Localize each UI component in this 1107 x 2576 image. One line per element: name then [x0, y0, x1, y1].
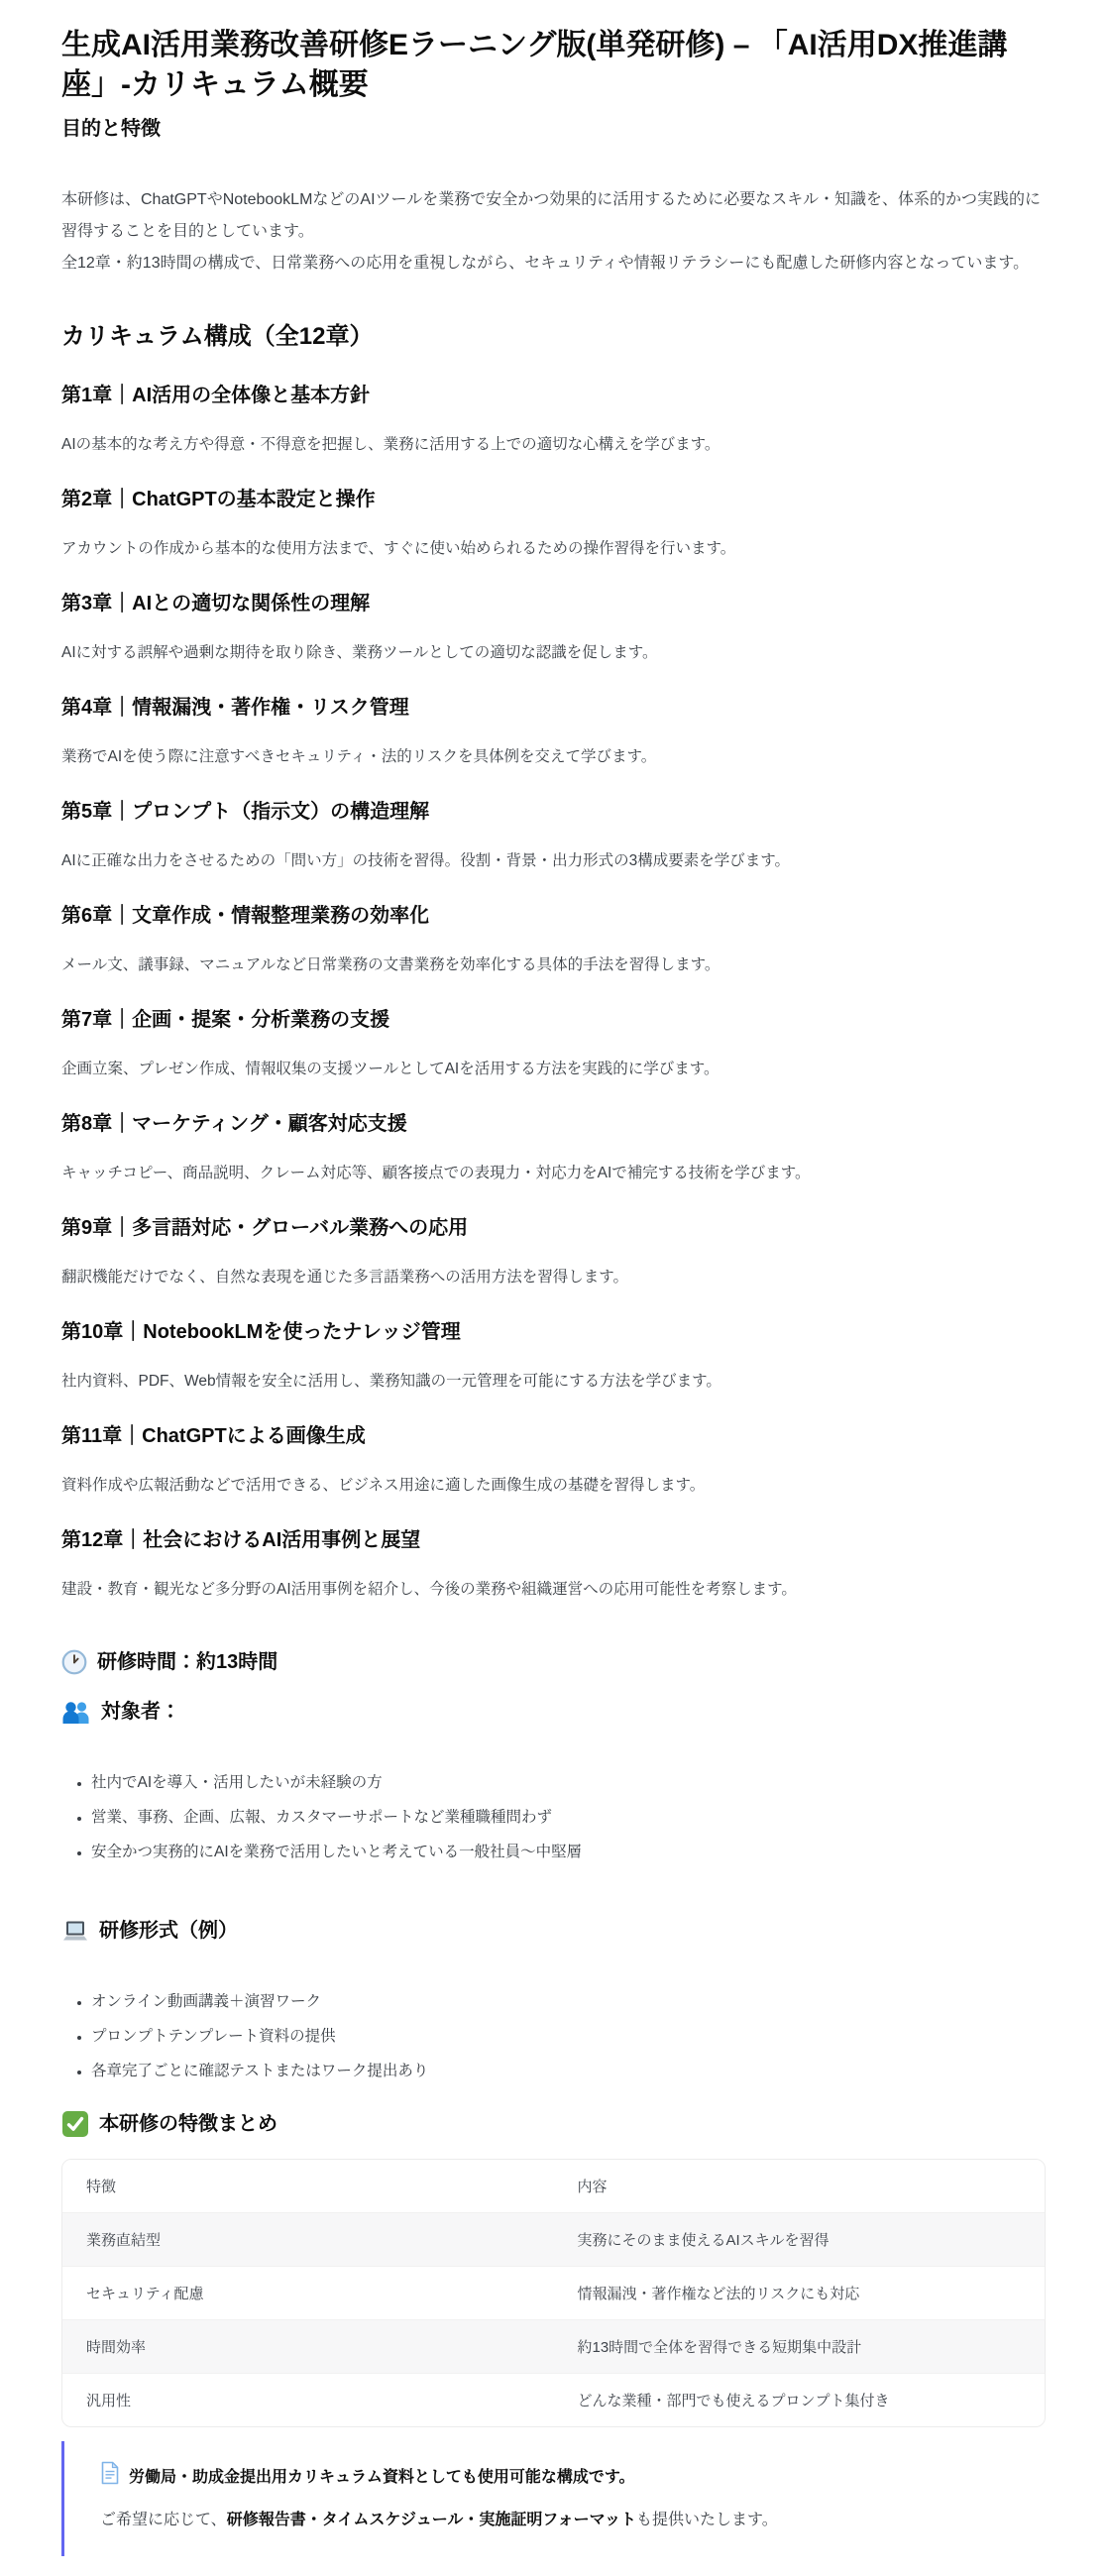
note-line-1-text: 労働局・助成金提出用カリキュラム資料としても使用可能な構成です。 [129, 2464, 635, 2492]
note-line-2-prefix: ご希望に応じて、 [100, 2512, 227, 2528]
curriculum-heading: カリキュラム構成（全12章） [61, 321, 1046, 353]
document-page: 生成AI活用業務改善研修Eラーニング版(単発研修) – 「AI活用DX推進講座」… [0, 0, 1107, 2576]
chapter-5-description: AIに正確な出力をさせるための「問い方」の技術を習得。役割・背景・出力形式の3構… [61, 848, 1046, 873]
note-line-2: ご希望に応じて、研修報告書・タイムスケジュール・実施証明フォーマットも提供いたし… [100, 2507, 1046, 2534]
chapter-1: 第1章｜AI活用の全体像と基本方針 AIの基本的な考え方や得意・不得意を把握し、… [61, 383, 1046, 457]
format-item: 各章完了ごとに確認テストまたはワーク提出あり [91, 2059, 1046, 2083]
format-heading-text: 研修形式（例） [99, 1916, 238, 1946]
table-row: 汎用性 どんな業種・部門でも使えるプロンプト集付き [62, 2374, 1045, 2427]
chapter-9-title: 第9章｜多言語対応・グローバル業務への応用 [61, 1215, 1046, 1241]
chapter-12-description: 建設・教育・観光など多分野のAI活用事例を紹介し、今後の業務や組織運営への応用可… [61, 1577, 1046, 1602]
features-table-header-content: 内容 [554, 2160, 1046, 2213]
features-table: 特徴 内容 業務直結型 実務にそのまま使えるAIスキルを習得 セキュリティ配慮 … [62, 2160, 1045, 2426]
chapter-3: 第3章｜AIとの適切な関係性の理解 AIに対する誤解や過剰な期待を取り除き、業務… [61, 591, 1046, 665]
intro-paragraph-2: 全12章・約13時間の構成で、日常業務への応用を重視しながら、セキュリティや情報… [61, 248, 1046, 280]
format-list: オンライン動画講義＋演習ワーク プロンプトテンプレート資料の提供 各章完了ごとに… [61, 1989, 1046, 2083]
duration-text: 研修時間：約13時間 [97, 1647, 277, 1677]
intro-heading: 目的と特徴 [61, 115, 1046, 143]
table-cell-feature: 汎用性 [62, 2374, 554, 2427]
intro-paragraph-1: 本研修は、ChatGPTやNotebookLMなどのAIツールを業務で安全かつ効… [61, 184, 1046, 248]
format-item: プロンプトテンプレート資料の提供 [91, 2024, 1046, 2049]
chapter-3-title: 第3章｜AIとの適切な関係性の理解 [61, 591, 1046, 616]
table-row: セキュリティ配慮 情報漏洩・著作権など法的リスクにも対応 [62, 2267, 1045, 2320]
audience-heading: 対象者： [61, 1697, 1046, 1727]
chapter-12: 第12章｜社会におけるAI活用事例と展望 建設・教育・観光など多分野のAI活用事… [61, 1527, 1046, 1602]
format-heading: 研修形式（例） [61, 1916, 1046, 1946]
audience-list: 社内でAIを導入・活用したいが未経験の方 営業、事務、企画、広報、カスタマーサポ… [61, 1770, 1046, 1864]
table-row: 時間効率 約13時間で全体を習得できる短期集中設計 [62, 2320, 1045, 2374]
summary-heading: 本研修の特徴まとめ [61, 2109, 1046, 2139]
chapter-10-description: 社内資料、PDF、Web情報を安全に活用し、業務知識の一元管理を可能にする方法を… [61, 1369, 1046, 1394]
chapter-9-description: 翻訳機能だけでなく、自然な表現を通じた多言語業務への活用方法を習得します。 [61, 1265, 1046, 1289]
chapter-7-description: 企画立案、プレゼン作成、情報収集の支援ツールとしてAIを活用する方法を実践的に学… [61, 1057, 1046, 1081]
audience-item: 営業、事務、企画、広報、カスタマーサポートなど業種職種問わず [91, 1805, 1046, 1830]
note-line-2-bold: 研修報告書・タイムスケジュール・実施証明フォーマット [227, 2512, 636, 2528]
table-row: 業務直結型 実務にそのまま使えるAIスキルを習得 [62, 2213, 1045, 2267]
chapter-3-description: AIに対する誤解や過剰な期待を取り除き、業務ツールとしての適切な認識を促します。 [61, 640, 1046, 665]
chapter-5-title: 第5章｜プロンプト（指示文）の構造理解 [61, 799, 1046, 825]
chapter-1-description: AIの基本的な考え方や得意・不得意を把握し、業務に活用する上での適切な心構えを学… [61, 432, 1046, 457]
intro-paragraphs: 本研修は、ChatGPTやNotebookLMなどのAIツールを業務で安全かつ効… [61, 184, 1046, 280]
table-cell-content: 実務にそのまま使えるAIスキルを習得 [554, 2213, 1046, 2267]
audience-heading-text: 対象者： [101, 1697, 180, 1727]
chapter-2-description: アカウントの作成から基本的な使用方法まで、すぐに使い始められるための操作習得を行… [61, 536, 1046, 561]
chapter-10-title: 第10章｜NotebookLMを使ったナレッジ管理 [61, 1319, 1046, 1345]
chapter-5: 第5章｜プロンプト（指示文）の構造理解 AIに正確な出力をさせるための「問い方」… [61, 799, 1046, 873]
features-table-header-feature: 特徴 [62, 2160, 554, 2213]
people-icon [61, 1699, 91, 1725]
chapter-8-description: キャッチコピー、商品説明、クレーム対応等、顧客接点での表現力・対応力をAIで補完… [61, 1161, 1046, 1185]
note-line-2-suffix: も提供いたします。 [636, 2512, 778, 2528]
chapter-7-title: 第7章｜企画・提案・分析業務の支援 [61, 1007, 1046, 1033]
chapter-8-title: 第8章｜マーケティング・顧客対応支援 [61, 1111, 1046, 1137]
table-cell-content: 情報漏洩・著作権など法的リスクにも対応 [554, 2267, 1046, 2320]
chapter-4-title: 第4章｜情報漏洩・著作権・リスク管理 [61, 695, 1046, 721]
chapter-7: 第7章｜企画・提案・分析業務の支援 企画立案、プレゼン作成、情報収集の支援ツール… [61, 1007, 1046, 1081]
table-cell-feature: 業務直結型 [62, 2213, 554, 2267]
laptop-icon [61, 1919, 89, 1943]
chapter-2: 第2章｜ChatGPTの基本設定と操作 アカウントの作成から基本的な使用方法まで… [61, 487, 1046, 561]
table-cell-content: 約13時間で全体を習得できる短期集中設計 [554, 2320, 1046, 2374]
chapter-12-title: 第12章｜社会におけるAI活用事例と展望 [61, 1527, 1046, 1553]
chapter-11-description: 資料作成や広報活動などで活用できる、ビジネス用途に適した画像生成の基礎を習得しま… [61, 1473, 1046, 1498]
audience-item: 社内でAIを導入・活用したいが未経験の方 [91, 1770, 1046, 1795]
chapter-1-title: 第1章｜AI活用の全体像と基本方針 [61, 383, 1046, 408]
chapter-8: 第8章｜マーケティング・顧客対応支援 キャッチコピー、商品説明、クレーム対応等、… [61, 1111, 1046, 1185]
note-callout: 労働局・助成金提出用カリキュラム資料としても使用可能な構成です。 ご希望に応じて… [61, 2441, 1046, 2556]
audience-item: 安全かつ実務的にAIを業務で活用したいと考えている一般社員〜中堅層 [91, 1840, 1046, 1864]
format-item: オンライン動画講義＋演習ワーク [91, 1989, 1046, 2014]
clock-icon [61, 1649, 87, 1675]
document-icon [100, 2461, 120, 2495]
table-cell-content: どんな業種・部門でも使えるプロンプト集付き [554, 2374, 1046, 2427]
chapter-6-title: 第6章｜文章作成・情報整理業務の効率化 [61, 903, 1046, 929]
features-table-header-row: 特徴 内容 [62, 2160, 1045, 2213]
chapter-10: 第10章｜NotebookLMを使ったナレッジ管理 社内資料、PDF、Web情報… [61, 1319, 1046, 1394]
chapter-2-title: 第2章｜ChatGPTの基本設定と操作 [61, 487, 1046, 512]
chapter-9: 第9章｜多言語対応・グローバル業務への応用 翻訳機能だけでなく、自然な表現を通じ… [61, 1215, 1046, 1289]
duration-heading: 研修時間：約13時間 [61, 1647, 1046, 1677]
chapter-11-title: 第11章｜ChatGPTによる画像生成 [61, 1423, 1046, 1449]
table-cell-feature: セキュリティ配慮 [62, 2267, 554, 2320]
checkmark-icon [61, 2110, 89, 2138]
chapter-11: 第11章｜ChatGPTによる画像生成 資料作成や広報活動などで活用できる、ビジ… [61, 1423, 1046, 1498]
note-line-1: 労働局・助成金提出用カリキュラム資料としても使用可能な構成です。 [100, 2461, 1046, 2495]
chapter-4: 第4章｜情報漏洩・著作権・リスク管理 業務でAIを使う際に注意すべきセキュリティ… [61, 695, 1046, 769]
chapter-6-description: メール文、議事録、マニュアルなど日常業務の文書業務を効率化する具体的手法を習得し… [61, 952, 1046, 977]
chapter-6: 第6章｜文章作成・情報整理業務の効率化 メール文、議事録、マニュアルなど日常業務… [61, 903, 1046, 977]
features-table-container: 特徴 内容 業務直結型 実務にそのまま使えるAIスキルを習得 セキュリティ配慮 … [61, 2159, 1046, 2427]
table-cell-feature: 時間効率 [62, 2320, 554, 2374]
chapter-4-description: 業務でAIを使う際に注意すべきセキュリティ・法的リスクを具体例を交えて学びます。 [61, 744, 1046, 769]
summary-heading-text: 本研修の特徴まとめ [99, 2109, 277, 2139]
page-title: 生成AI活用業務改善研修Eラーニング版(単発研修) – 「AI活用DX推進講座」… [61, 26, 1046, 105]
